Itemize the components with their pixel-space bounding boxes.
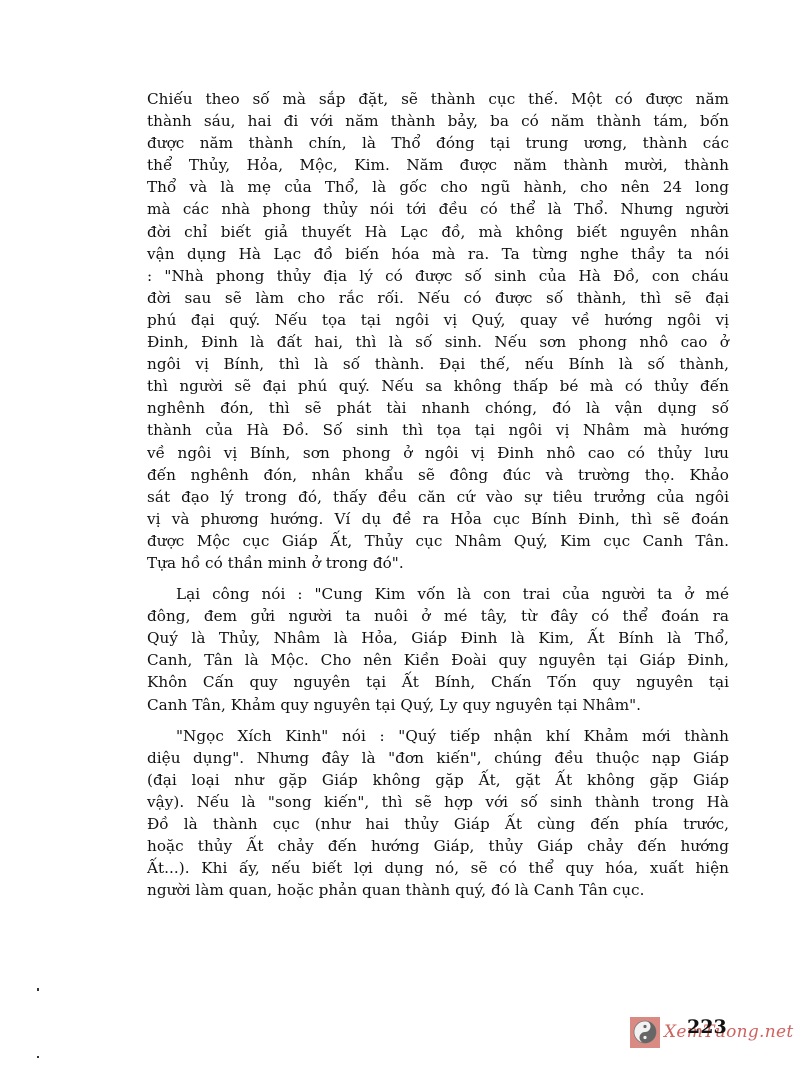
text-line: được Mộc cục Giáp Ất, Thủy cục Nhâm Quý,… [147,530,729,552]
text-line: người làm quan, hoặc phản quan thành quý… [147,879,729,901]
watermark-text: XemTuong.net [664,1022,793,1042]
text-line: Thổ và là mẹ của Thổ, là gốc cho ngũ hàn… [147,176,729,198]
paragraph: "Ngọc Xích Kinh" nói : "Quý tiếp nhận kh… [147,725,729,902]
text-line: Khôn Cấn quy nguyên tại Ất Bính, Chấn Tố… [147,671,729,693]
text-line: Đinh, Đinh là đất hai, thì là số sinh. N… [147,331,729,353]
text-line: nghênh đón, thì sẽ phát tài nhanh chóng,… [147,397,729,419]
text-line: hoặc thủy Ất chảy đến hướng Giáp, thủy G… [147,835,729,857]
text-line: Lại công nói : "Cung Kim vốn là con trai… [147,583,729,605]
text-line: thành sáu, hai đi với năm thành bảy, ba … [147,110,729,132]
text-line: sát đạo lý trong đó, thấy đều căn cứ vào… [147,486,729,508]
text-line: vậy). Nếu là "song kiến", thì sẽ hợp với… [147,791,729,813]
text-line: Canh Tân, Khảm quy nguyên tại Quý, Ly qu… [147,694,729,716]
yin-yang-icon [630,1017,660,1048]
text-line: Ất...). Khi ấy, nếu biết lợi dụng nó, sẽ… [147,857,729,879]
text-line: Canh, Tân là Mộc. Cho nên Kiền Đoài quy … [147,649,729,671]
text-line: : "Nhà phong thủy địa lý có được số sinh… [147,265,729,287]
text-line: ngôi vị Bính, thì là số thành. Đại thế, … [147,353,729,375]
text-line: được năm thành chín, là Thổ đóng tại tru… [147,132,729,154]
paragraph: Lại công nói : "Cung Kim vốn là con trai… [147,583,729,716]
text-line: thành của Hà Đồ. Số sinh thì tọa tại ngô… [147,419,729,441]
page-body: Chiếu theo số mà sắp đặt, sẽ thành cục t… [147,88,729,901]
text-line: Đồ là thành cục (như hai thủy Giáp Ất cù… [147,813,729,835]
text-line: Quý là Thủy, Nhâm là Hỏa, Giáp Đinh là K… [147,627,729,649]
text-line: thì người sẽ đại phú quý. Nếu sa không t… [147,375,729,397]
scan-speck [37,988,39,991]
text-line: mà các nhà phong thủy nói tới đều có thể… [147,198,729,220]
text-line: đông, đem gửi người ta nuôi ở mé tây, từ… [147,605,729,627]
scan-speck [37,1056,39,1058]
paragraph-gap [147,716,729,725]
text-line: "Ngọc Xích Kinh" nói : "Quý tiếp nhận kh… [147,725,729,747]
text-line: phú đại quý. Nếu tọa tại ngôi vị Quý, qu… [147,309,729,331]
text-line: đến nghênh đón, nhân khẩu sẽ đông đúc và… [147,464,729,486]
text-line: thể Thủy, Hỏa, Mộc, Kim. Năm được năm th… [147,154,729,176]
text-line: (đại loại như gặp Giáp không gặp Ất, gặt… [147,769,729,791]
paragraph-gap [147,574,729,583]
text-line: đời sau sẽ làm cho rắc rối. Nếu có được … [147,287,729,309]
text-line: Chiếu theo số mà sắp đặt, sẽ thành cục t… [147,88,729,110]
text-line: vị và phương hướng. Ví dụ đề ra Hỏa cục … [147,508,729,530]
text-line: diệu dụng". Nhưng đây là "đơn kiến", chú… [147,747,729,769]
text-line: Tựa hồ có thần minh ở trong đó". [147,552,729,574]
text-line: vận dụng Hà Lạc đồ biến hóa mà ra. Ta từ… [147,243,729,265]
text-line: đời chỉ biết giả thuyết Hà Lạc đồ, mà kh… [147,221,729,243]
page-number: 223 [687,1016,727,1038]
text-line: về ngôi vị Bính, sơn phong ở ngôi vị Đin… [147,442,729,464]
paragraph: Chiếu theo số mà sắp đặt, sẽ thành cục t… [147,88,729,574]
